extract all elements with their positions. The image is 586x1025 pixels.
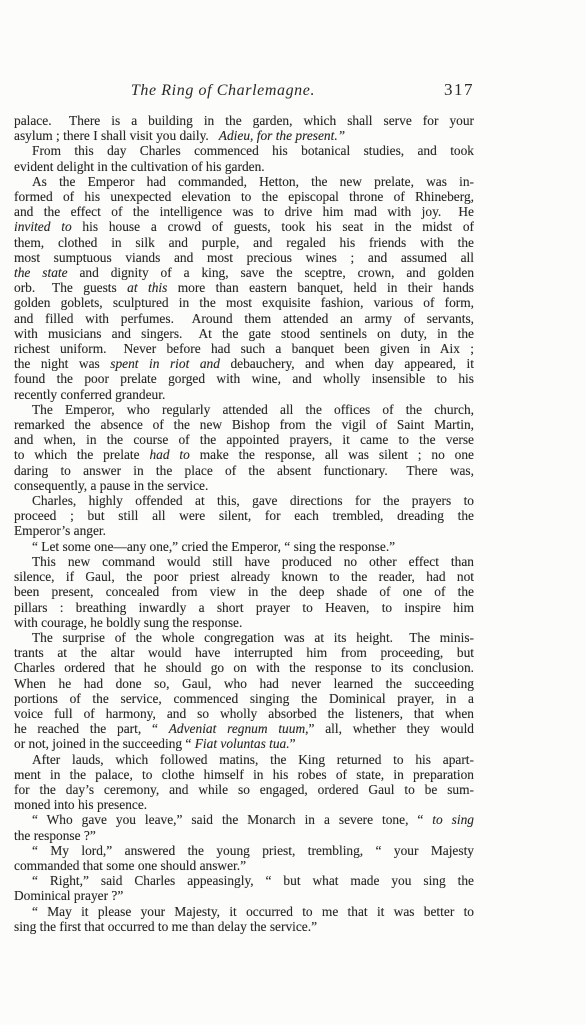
- text-line: “ Who gave you leave,” said the Monarch …: [14, 812, 474, 827]
- paragraph: The Emperor, who regularly attended all …: [14, 402, 474, 493]
- paragraph: From this day Charles commenced his bota…: [14, 143, 474, 173]
- text-line: remarked the absence of the new Bishop f…: [14, 417, 474, 432]
- text-line: moned into his presence.: [14, 797, 474, 812]
- text-line: Emperor’s anger.: [14, 523, 474, 538]
- text-line: to which the prelate had to make the res…: [14, 447, 474, 462]
- paragraph: Charles, highly offended at this, gave d…: [14, 493, 474, 539]
- page-header: The Ring of Charlemagne. 317: [14, 82, 474, 104]
- text-line: and filled with perfumes. Around them at…: [14, 311, 474, 326]
- text-line: been present, concealed from view in the…: [14, 584, 474, 599]
- text-line: “ My lord,” answered the young priest, t…: [14, 843, 474, 858]
- text-line: most sumptuous viands and most precious …: [14, 250, 474, 265]
- text-line: Charles, highly offended at this, gave d…: [14, 493, 474, 508]
- text-line: asylum ; there I shall visit you daily. …: [14, 128, 474, 143]
- text-line: consequently, a pause in the service.: [14, 478, 474, 493]
- paragraph: As the Emperor had commanded, Hetton, th…: [14, 174, 474, 402]
- text-line: them, clothed in silk and purple, and re…: [14, 235, 474, 250]
- text-line: This new command would still have produc…: [14, 554, 474, 569]
- book-page: The Ring of Charlemagne. 317 palace. The…: [0, 0, 586, 1025]
- text-line: daring to answer in the place of the abs…: [14, 463, 474, 478]
- text-line: The Emperor, who regularly attended all …: [14, 402, 474, 417]
- text-line: the night was spent in riot and debauche…: [14, 356, 474, 371]
- text-line: richest uniform. Never before had such a…: [14, 341, 474, 356]
- text-line: and the effect of the intelligence was t…: [14, 204, 474, 219]
- paragraph: This new command would still have produc…: [14, 554, 474, 630]
- text-line: sing the first that occurred to me than …: [14, 919, 474, 934]
- text-line: pillars : breathing inwardly a short pra…: [14, 600, 474, 615]
- paragraph: palace. There is a building in the garde…: [14, 113, 474, 143]
- text-line: “ May it please your Majesty, it occurre…: [14, 904, 474, 919]
- text-line: orb. The guests at this more than easter…: [14, 280, 474, 295]
- running-title: The Ring of Charlemagne.: [14, 82, 432, 100]
- paragraph: “ My lord,” answered the young priest, t…: [14, 843, 474, 873]
- text-line: “ Right,” said Charles appeasingly, “ bu…: [14, 873, 474, 888]
- text-line: voice full of harmony, and so wholly abs…: [14, 706, 474, 721]
- text-line: commanded that some one should answer.”: [14, 858, 474, 873]
- text-line: “ Let some one—any one,” cried the Emper…: [14, 539, 474, 554]
- text-line: or not, joined in the succeeding “ Fiat …: [14, 736, 474, 751]
- text-line: trants at the altar would have interrupt…: [14, 645, 474, 660]
- text-line: palace. There is a building in the garde…: [14, 113, 474, 128]
- text-line: for the day’s ceremony, and while so eng…: [14, 782, 474, 797]
- paragraph: After lauds, which followed matins, the …: [14, 752, 474, 813]
- text-line: Charles ordered that he should go on wit…: [14, 660, 474, 675]
- text-line: proceed ; but still all were silent, for…: [14, 508, 474, 523]
- text-line: golden goblets, sculptured in the most e…: [14, 295, 474, 310]
- text-line: he reached the part, “ Adveniat regnum t…: [14, 721, 474, 736]
- text-line: ment in the palace, to clothe himself in…: [14, 767, 474, 782]
- paragraph: “ Who gave you leave,” said the Monarch …: [14, 812, 474, 842]
- page-body: palace. There is a building in the garde…: [14, 113, 474, 934]
- text-line: From this day Charles commenced his bota…: [14, 143, 474, 158]
- text-line: the response ?”: [14, 828, 474, 843]
- text-line: When he had done so, Gaul, who had never…: [14, 676, 474, 691]
- text-line: The surprise of the whole congregation w…: [14, 630, 474, 645]
- text-line: silence, if Gaul, the poor priest alread…: [14, 569, 474, 584]
- page-number: 317: [444, 80, 474, 100]
- text-line: and when, in the course of the appointed…: [14, 432, 474, 447]
- text-line: with musicians and singers. At the gate …: [14, 326, 474, 341]
- text-line: recently conferred grandeur.: [14, 387, 474, 402]
- text-line: As the Emperor had commanded, Hetton, th…: [14, 174, 474, 189]
- text-line: the state and dignity of a king, save th…: [14, 265, 474, 280]
- text-line: portions of the service, commenced singi…: [14, 691, 474, 706]
- text-line: evident delight in the cultivation of hi…: [14, 159, 474, 174]
- text-line: Dominical prayer ?”: [14, 888, 474, 903]
- text-line: found the poor prelate gorged with wine,…: [14, 371, 474, 386]
- text-line: formed of his unexpected elevation to th…: [14, 189, 474, 204]
- paragraph: The surprise of the whole congregation w…: [14, 630, 474, 752]
- paragraph: “ Let some one—any one,” cried the Emper…: [14, 539, 474, 554]
- text-line: with courage, he boldly sung the respons…: [14, 615, 474, 630]
- paragraph: “ May it please your Majesty, it occurre…: [14, 904, 474, 934]
- text-line: After lauds, which followed matins, the …: [14, 752, 474, 767]
- text-line: invited to his house a crowd of guests, …: [14, 219, 474, 234]
- paragraph: “ Right,” said Charles appeasingly, “ bu…: [14, 873, 474, 903]
